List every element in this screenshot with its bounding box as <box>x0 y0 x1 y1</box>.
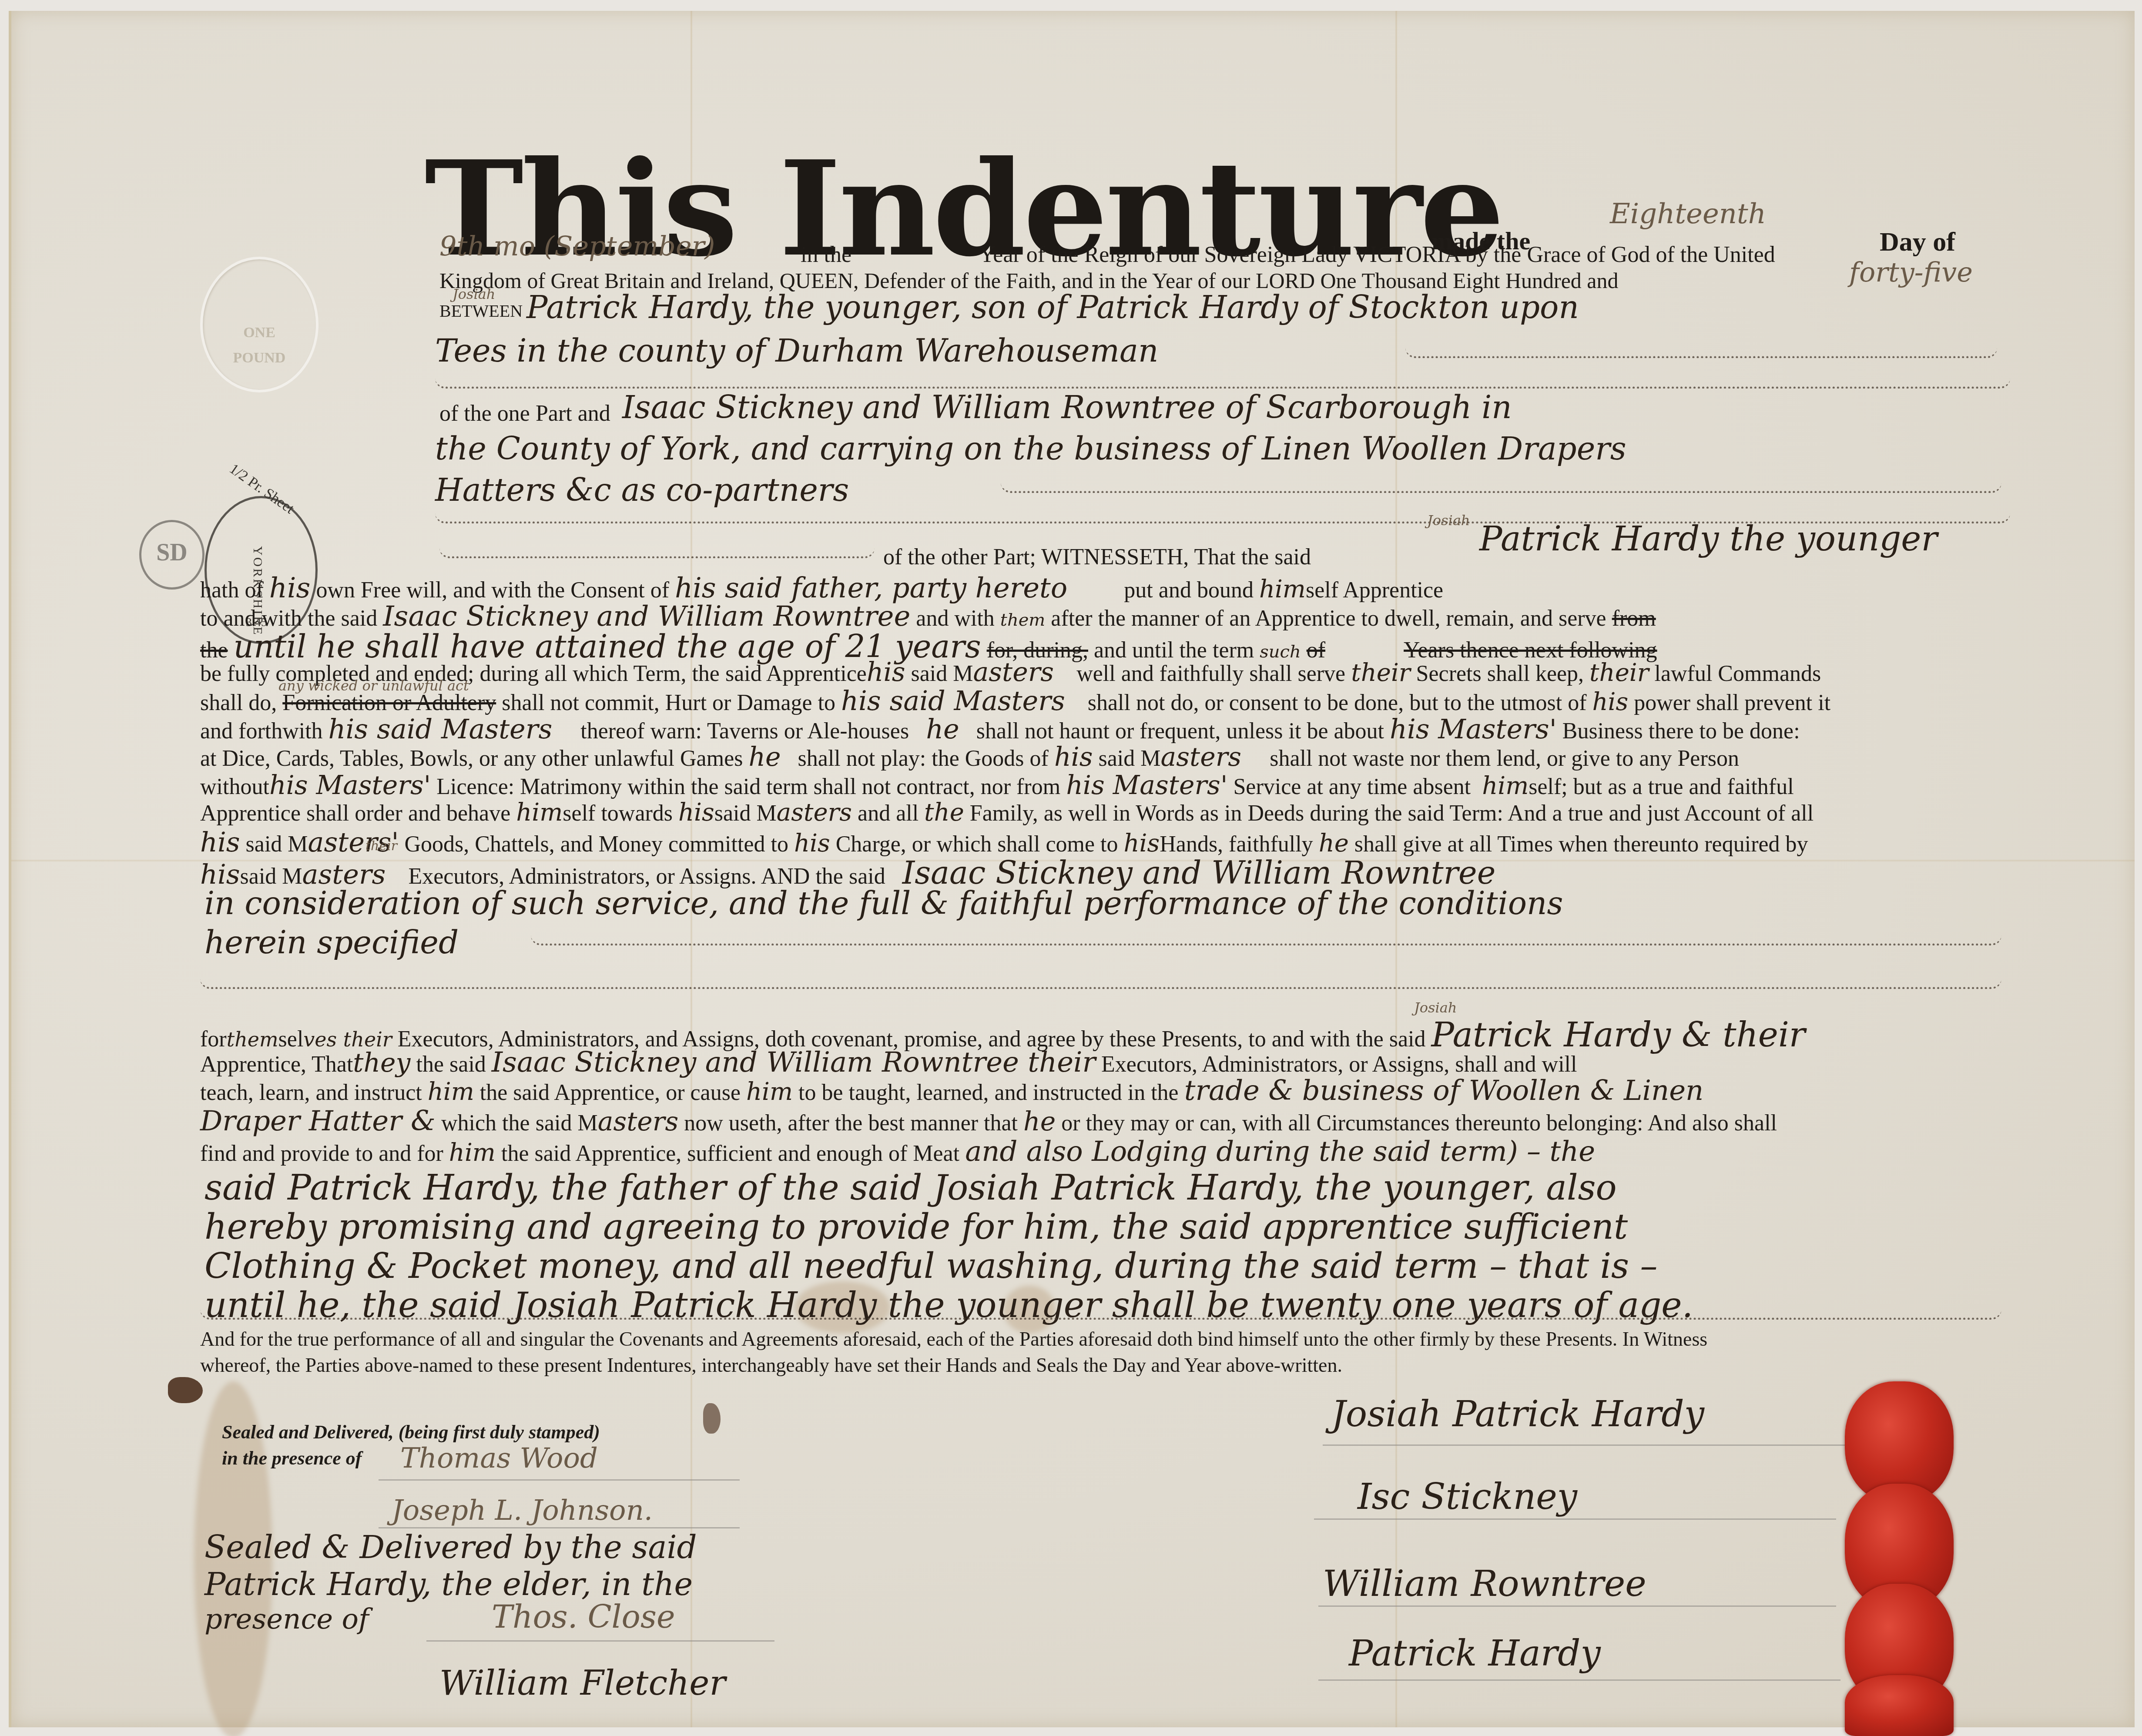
party1-line1: Patrick Hardy, the younger, son of Patri… <box>526 292 1579 323</box>
signature-line <box>1314 1518 1836 1520</box>
reign-line: Year of the Reign of our Sovereign Lady … <box>979 244 1775 266</box>
day-handwritten: Eighteenth <box>1610 200 1766 228</box>
covenant-handwritten-2: hereby promising and agreeing to provide… <box>204 1210 1628 1244</box>
consideration-line-2: herein specified <box>204 927 459 958</box>
body-line-1: hath of his own Free will, and with the … <box>200 574 1443 602</box>
signature: William Rowntree <box>1323 1566 1646 1602</box>
covenant-line-5: find and provide to and for him the said… <box>200 1138 1595 1166</box>
signature-line <box>379 1479 740 1481</box>
second-attestation: Patrick Hardy, the elder, in the <box>204 1568 693 1600</box>
inserted-name: Josiah <box>1427 513 1470 527</box>
covenant-line-4: Draper Hatter & which the said Masters n… <box>200 1107 1777 1135</box>
witness-name: Thomas Wood <box>400 1444 598 1472</box>
covenant-handwritten-1: said Patrick Hardy, the father of the sa… <box>204 1170 1617 1205</box>
signature-line <box>426 1640 774 1642</box>
second-attestation: presence of <box>204 1605 369 1633</box>
in-the-label: in the <box>801 244 851 266</box>
stamp-text: POUND <box>203 350 316 366</box>
fill-line <box>1001 483 2001 493</box>
witness-name: Joseph L. Johnson. <box>392 1497 653 1525</box>
closing-line-2: whereof, the Parties above-named to thes… <box>200 1355 1342 1375</box>
fill-line <box>531 935 2001 945</box>
signature: Patrick Hardy <box>1349 1636 1601 1672</box>
inserted-name: Josiah <box>453 287 495 301</box>
consideration-line-1: in consideration of such service, and th… <box>204 888 1563 919</box>
party2-line1: Isaac Stickney and William Rowntree of S… <box>622 392 1512 423</box>
body-line-8: withouthis Masters' Licence: Matrimony w… <box>200 772 1794 798</box>
wax-seal <box>1845 1675 1954 1736</box>
other-part-label: of the other Part; WITNESSETH, That the … <box>883 546 1311 569</box>
party2-line3: Hatters &c as co-partners <box>435 474 849 506</box>
ink-blot <box>168 1377 203 1403</box>
second-attestation: Sealed & Delivered by the said <box>204 1532 697 1563</box>
signature: Josiah Patrick Hardy <box>1331 1397 1704 1432</box>
signature-line <box>379 1527 740 1528</box>
fill-line <box>200 979 2001 989</box>
body-line-3: the until he shall have attained the age… <box>200 631 1657 662</box>
apprentice-name: Patrick Hardy the younger <box>1479 522 1938 556</box>
body-line-5: shall do, Fornication or Adultery shall … <box>200 687 1830 714</box>
fill-line <box>1405 348 1997 358</box>
covenant-line-3: teach, learn, and instruct him the said … <box>200 1077 1703 1105</box>
interlined-text: their <box>365 840 397 853</box>
body-line-11: hissaid Masters Executors, Administrator… <box>200 857 1495 888</box>
presence-of-label: in the presence of <box>222 1449 362 1468</box>
sd-stamp: SD <box>139 520 204 590</box>
sealed-delivered-label: Sealed and Delivered, (being first duly … <box>222 1423 600 1442</box>
body-line-2: to and with the said Isaac Stickney and … <box>200 603 1656 630</box>
day-of-label: Day of <box>1880 228 1955 255</box>
embossed-duty-stamp: ONE POUND <box>200 257 318 392</box>
witness-name: William Fletcher <box>439 1666 726 1700</box>
body-line-7: at Dice, Cards, Tables, Bowls, or any ot… <box>200 744 1739 770</box>
year-handwritten: forty-five <box>1849 259 1973 286</box>
covenant-handwritten-3: Clothing & Pocket money, and all needful… <box>204 1249 1658 1284</box>
witness-name: Thos. Close <box>492 1601 675 1632</box>
one-part-label: of the one Part and <box>439 402 610 425</box>
party2-line2: the County of York, and carrying on the … <box>435 433 1626 464</box>
body-line-9: Apprentice shall order and behave himsel… <box>200 801 1813 825</box>
closing-line-1: And for the true performance of all and … <box>200 1329 1707 1349</box>
signature-line <box>1323 1444 1854 1446</box>
stamp-text: ONE <box>203 325 316 341</box>
month-handwritten: 9th mo (September) <box>439 233 715 260</box>
stamp-text: SD <box>141 539 202 566</box>
signature-line <box>1318 1605 1836 1607</box>
ink-blot <box>703 1403 721 1434</box>
body-line-6: and forthwith his said Masters thereof w… <box>200 716 1800 743</box>
covenant-line-2: Apprentice, Thatthey the said Isaac Stic… <box>200 1049 1577 1076</box>
fill-line <box>435 379 2010 389</box>
fill-line <box>439 548 875 558</box>
signature-line <box>1318 1679 1840 1681</box>
signature: Isc Stickney <box>1358 1479 1577 1515</box>
kingdom-line: Kingdom of Great Britain and Ireland, QU… <box>439 270 1619 292</box>
between-label: BETWEEN <box>439 302 523 320</box>
fill-line <box>200 1310 2001 1320</box>
inserted-name: Josiah <box>1414 1001 1457 1015</box>
party1-line2: Tees in the county of Durham Warehousema… <box>435 335 1158 366</box>
body-line-10: his said Masters' Goods, Chattels, and M… <box>200 829 1808 856</box>
